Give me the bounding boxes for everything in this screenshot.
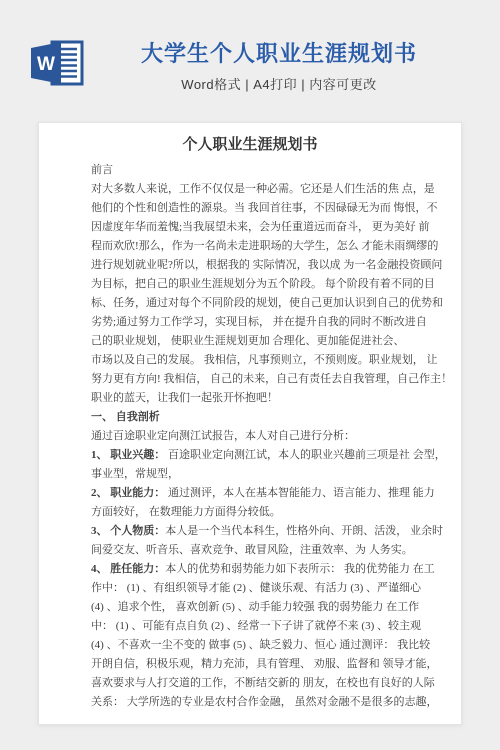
document-line: 通过百途职业定向测江试报告，本人对自己进行分析： bbox=[91, 427, 443, 446]
document-line: 己的职业规划， 使职业生涯规划更加 合理化、更加能促进社会、 bbox=[91, 332, 443, 351]
word-icon-letter: W bbox=[37, 54, 55, 75]
document-line: 4、 胜任能力：本人的优势和弱势能力如下表所示： 我的优势能力 在工 bbox=[91, 560, 443, 579]
document-line: 程而欢欣!那么，作为一名尚未走进职场的大学生，怎么 才能未雨绸缪的 bbox=[91, 237, 443, 256]
document-line: 前言 bbox=[91, 161, 443, 180]
document-line: 职业的蓝天，让我们一起张开怀抱吧！ bbox=[91, 389, 443, 408]
document-line: 事业型，常规型， bbox=[91, 465, 443, 484]
document-line: 中： (1) 、可能有点自负 (2) 、经常一下子讲了就停不来 (3) 、较主观 bbox=[91, 617, 443, 636]
document-line: 关系： 大学所选的专业是农村合作金融， 虽然对金融不是很多的志趣， bbox=[91, 693, 443, 712]
document-line: 间爱交友、听音乐、喜欢竞争、敢冒风险，注重效率、为 人务实。 bbox=[91, 541, 443, 560]
document-line: (4) 、不喜欢一尘不变的 做事 (5) 、缺乏毅力、恒心 通过测评： 我比较 bbox=[91, 636, 443, 655]
template-subtitle: Word格式 | A4打印 | 内容可更改 bbox=[58, 74, 500, 93]
document-line: 喜欢要求与人打交道的工作，不断结交新的 朋友，在校也有良好的人际 bbox=[91, 674, 443, 693]
document-line: 进行规划就业呢?所以，根据我的 实际情况，我以成 为一名金融投资顾问 bbox=[91, 256, 443, 275]
document-line: 努力更有方向! 我相信， 自己的未来，自己有责任去自我管理，自己作主！ bbox=[91, 370, 443, 389]
document-line: 1、 职业兴趣： 百途职业定向测江试，本人的职业兴趣前三项是社 会型， bbox=[91, 446, 443, 465]
document-line: 对大多数人来说，工作不仅仅是一种必需。它还是人们生活的焦 点，是 bbox=[91, 180, 443, 199]
word-icon: W bbox=[30, 40, 84, 86]
document-line: 市场以及自己的发展。 我相信，凡事预则立，不预则废。职业规划， 让 bbox=[91, 351, 443, 370]
document-line: 开朗自信，积极乐观，精力充沛，具有管理、 劝服、监督和 领导才能， bbox=[91, 655, 443, 674]
document-line: 一、 自我剖析 bbox=[91, 408, 443, 427]
document-line: 劣势;通过努力工作学习，实现目标， 并在提升自我的同时不断改进自 bbox=[91, 313, 443, 332]
document-title: 个人职业生涯规划书 bbox=[57, 135, 443, 155]
document-line: 为目标，把自己的职业生涯规划分为五个阶段。 每个阶段有着不同的目 bbox=[91, 275, 443, 294]
document-line: 标、任务，通过对每个不同阶段的规划，使自己更加认识到自己的优势和 bbox=[91, 294, 443, 313]
document-line: 作中： (1) 、有组织领导才能 (2) 、健谈乐观、有活力 (3) 、严谨细心 bbox=[91, 579, 443, 598]
document-line: 3、 个人物质：本人是一个当代本科生，性格外向、开朗、活泼， 业余时 bbox=[91, 522, 443, 541]
document-line: 2、 职业能力： 通过测评，本人在基本智能能力、语言能力、推理 能力 bbox=[91, 484, 443, 503]
document-page: 个人职业生涯规划书 前言对大多数人来说，工作不仅仅是一种必需。它还是人们生活的焦… bbox=[38, 122, 462, 725]
document-line: 方面较好， 在数理能力方面得分较低。 bbox=[91, 503, 443, 522]
document-line: (4) 、追求个性， 喜欢创新 (5) 、动手能力较强 我的弱势能力 在工作 bbox=[91, 598, 443, 617]
template-title: 大学生个人职业生涯规划书 bbox=[58, 40, 500, 68]
document-line: 因虚度年华而羞愧;当我展望未来，会为任重道远而奋斗， 更为美好 前 bbox=[91, 218, 443, 237]
document-line: 他们的个性和创造性的源泉。当 我回首往事，不因碌碌无为而 悔恨，不 bbox=[91, 199, 443, 218]
template-header: W 大学生个人职业生涯规划书 Word格式 | A4打印 | 内容可更改 bbox=[0, 0, 500, 122]
document-body: 前言对大多数人来说，工作不仅仅是一种必需。它还是人们生活的焦 点，是他们的个性和… bbox=[91, 161, 443, 712]
